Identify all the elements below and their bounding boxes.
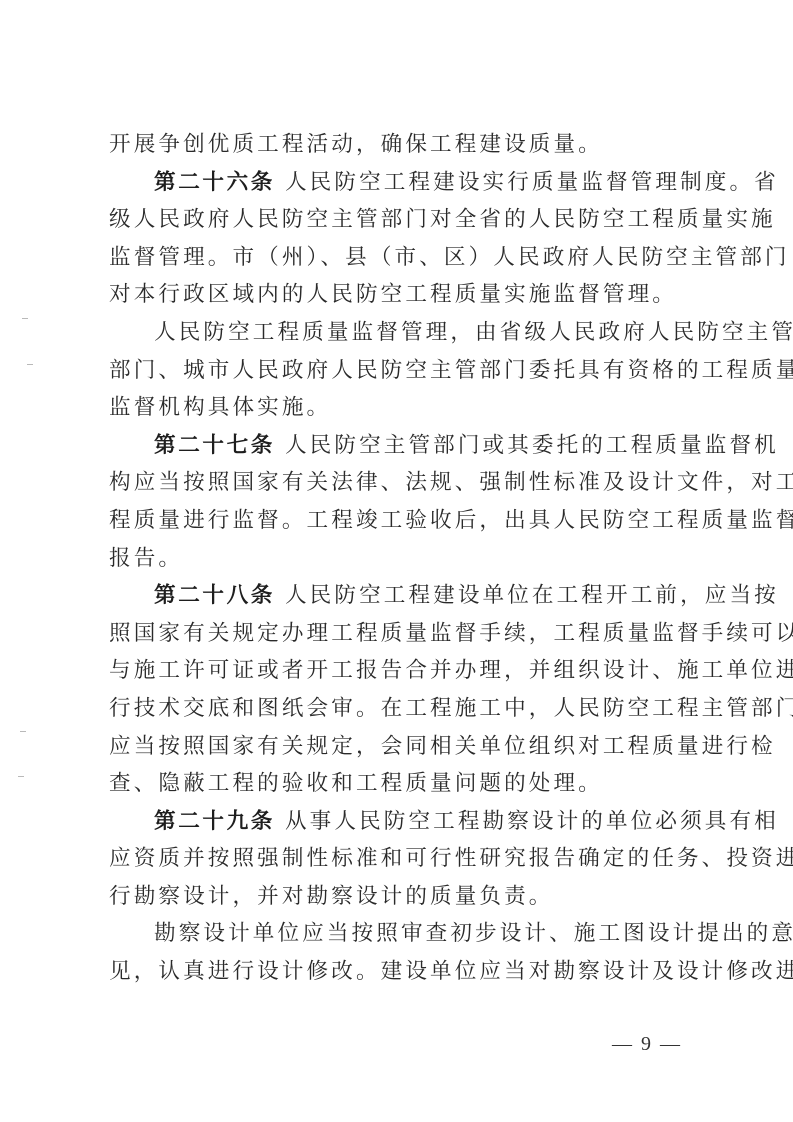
- line-text: 开展争创优质工程活动，确保工程建设质量。: [109, 132, 603, 157]
- line-text: 监督管理。市（州）、县（市、区）人民政府人民防空主管部门: [109, 245, 790, 270]
- document-body: 开展争创优质工程活动，确保工程建设质量。第二十六条人民防空工程建设实行质量监督管…: [109, 126, 704, 991]
- line-text: 级人民政府人民防空主管部门对全省的人民防空工程质量实施: [109, 207, 776, 232]
- line-text: 报告。: [109, 546, 183, 571]
- text-line: 对本行政区域内的人民防空工程质量实施监督管理。: [109, 276, 704, 314]
- text-line: 见，认真进行设计修改。建设单位应当对勘察设计及设计修改进: [109, 953, 704, 991]
- text-line: 报告。: [109, 540, 704, 578]
- text-line: 监督机构具体实施。: [109, 389, 704, 427]
- line-text: 从事人民防空工程勘察设计的单位必须具有相: [285, 809, 779, 834]
- line-text: 构应当按照国家有关法律、法规、强制性标准及设计文件，对工: [109, 470, 793, 495]
- line-text: 人民防空工程建设单位在工程开工前，应当按: [285, 583, 779, 608]
- article-heading-line: 第二十六条人民防空工程建设实行质量监督管理制度。省: [109, 164, 704, 202]
- text-line: 级人民政府人民防空主管部门对全省的人民防空工程质量实施: [109, 201, 704, 239]
- scan-artifact: [27, 364, 33, 365]
- article-number: 第二十九条: [154, 809, 275, 834]
- text-line: 照国家有关规定办理工程质量监督手续，工程质量监督手续可以: [109, 615, 704, 653]
- text-line: 查、隐蔽工程的验收和工程质量问题的处理。: [109, 765, 704, 803]
- text-line: 与施工许可证或者开工报告合并办理，并组织设计、施工单位进: [109, 652, 704, 690]
- line-text: 程质量进行监督。工程竣工验收后，出具人民防空工程质量监督: [109, 508, 793, 533]
- text-line: 勘察设计单位应当按照审查初步设计、施工图设计提出的意: [109, 915, 704, 953]
- line-text: 行技术交底和图纸会审。在工程施工中，人民防空工程主管部门: [109, 696, 793, 721]
- article-number: 第二十六条: [154, 170, 275, 195]
- text-line: 应资质并按照强制性标准和可行性研究报告确定的任务、投资进: [109, 840, 704, 878]
- line-text: 查、隐蔽工程的验收和工程质量问题的处理。: [109, 771, 603, 796]
- text-line: 开展争创优质工程活动，确保工程建设质量。: [109, 126, 704, 164]
- scan-artifact: [22, 318, 28, 319]
- line-text: 行勘察设计，并对勘察设计的质量负责。: [109, 884, 554, 909]
- text-line: 监督管理。市（州）、县（市、区）人民政府人民防空主管部门: [109, 239, 704, 277]
- text-line: 人民防空工程质量监督管理，由省级人民政府人民防空主管: [109, 314, 704, 352]
- article-heading-line: 第二十九条从事人民防空工程勘察设计的单位必须具有相: [109, 803, 704, 841]
- text-line: 部门、城市人民政府人民防空主管部门委托具有资格的工程质量: [109, 352, 704, 390]
- article-number: 第二十八条: [154, 583, 275, 608]
- text-line: 应当按照国家有关规定，会同相关单位组织对工程质量进行检: [109, 728, 704, 766]
- text-line: 构应当按照国家有关法律、法规、强制性标准及设计文件，对工: [109, 464, 704, 502]
- scan-artifact: [18, 776, 24, 777]
- line-text: 监督机构具体实施。: [109, 395, 331, 420]
- line-text: 人民防空工程质量监督管理，由省级人民政府人民防空主管: [154, 320, 793, 345]
- text-line: 行勘察设计，并对勘察设计的质量负责。: [109, 878, 704, 916]
- line-text: 照国家有关规定办理工程质量监督手续，工程质量监督手续可以: [109, 621, 793, 646]
- line-text: 应资质并按照强制性标准和可行性研究报告确定的任务、投资进: [109, 846, 793, 871]
- line-text: 部门、城市人民政府人民防空主管部门委托具有资格的工程质量: [109, 358, 793, 383]
- line-text: 人民防空主管部门或其委托的工程质量监督机: [285, 433, 779, 458]
- line-text: 与施工许可证或者开工报告合并办理，并组织设计、施工单位进: [109, 658, 793, 683]
- text-line: 行技术交底和图纸会审。在工程施工中，人民防空工程主管部门: [109, 690, 704, 728]
- line-text: 人民防空工程建设实行质量监督管理制度。省: [285, 170, 779, 195]
- page-number: — 9 —: [612, 1033, 682, 1056]
- scan-artifact: [20, 731, 26, 732]
- line-text: 对本行政区域内的人民防空工程质量实施监督管理。: [109, 282, 677, 307]
- line-text: 见，认真进行设计修改。建设单位应当对勘察设计及设计修改进: [109, 959, 793, 984]
- line-text: 应当按照国家有关规定，会同相关单位组织对工程质量进行检: [109, 734, 776, 759]
- text-line: 程质量进行监督。工程竣工验收后，出具人民防空工程质量监督: [109, 502, 704, 540]
- document-page: 开展争创优质工程活动，确保工程建设质量。第二十六条人民防空工程建设实行质量监督管…: [0, 0, 793, 1122]
- article-number: 第二十七条: [154, 433, 275, 458]
- line-text: 勘察设计单位应当按照审查初步设计、施工图设计提出的意: [154, 921, 793, 946]
- article-heading-line: 第二十八条人民防空工程建设单位在工程开工前，应当按: [109, 577, 704, 615]
- article-heading-line: 第二十七条人民防空主管部门或其委托的工程质量监督机: [109, 427, 704, 465]
